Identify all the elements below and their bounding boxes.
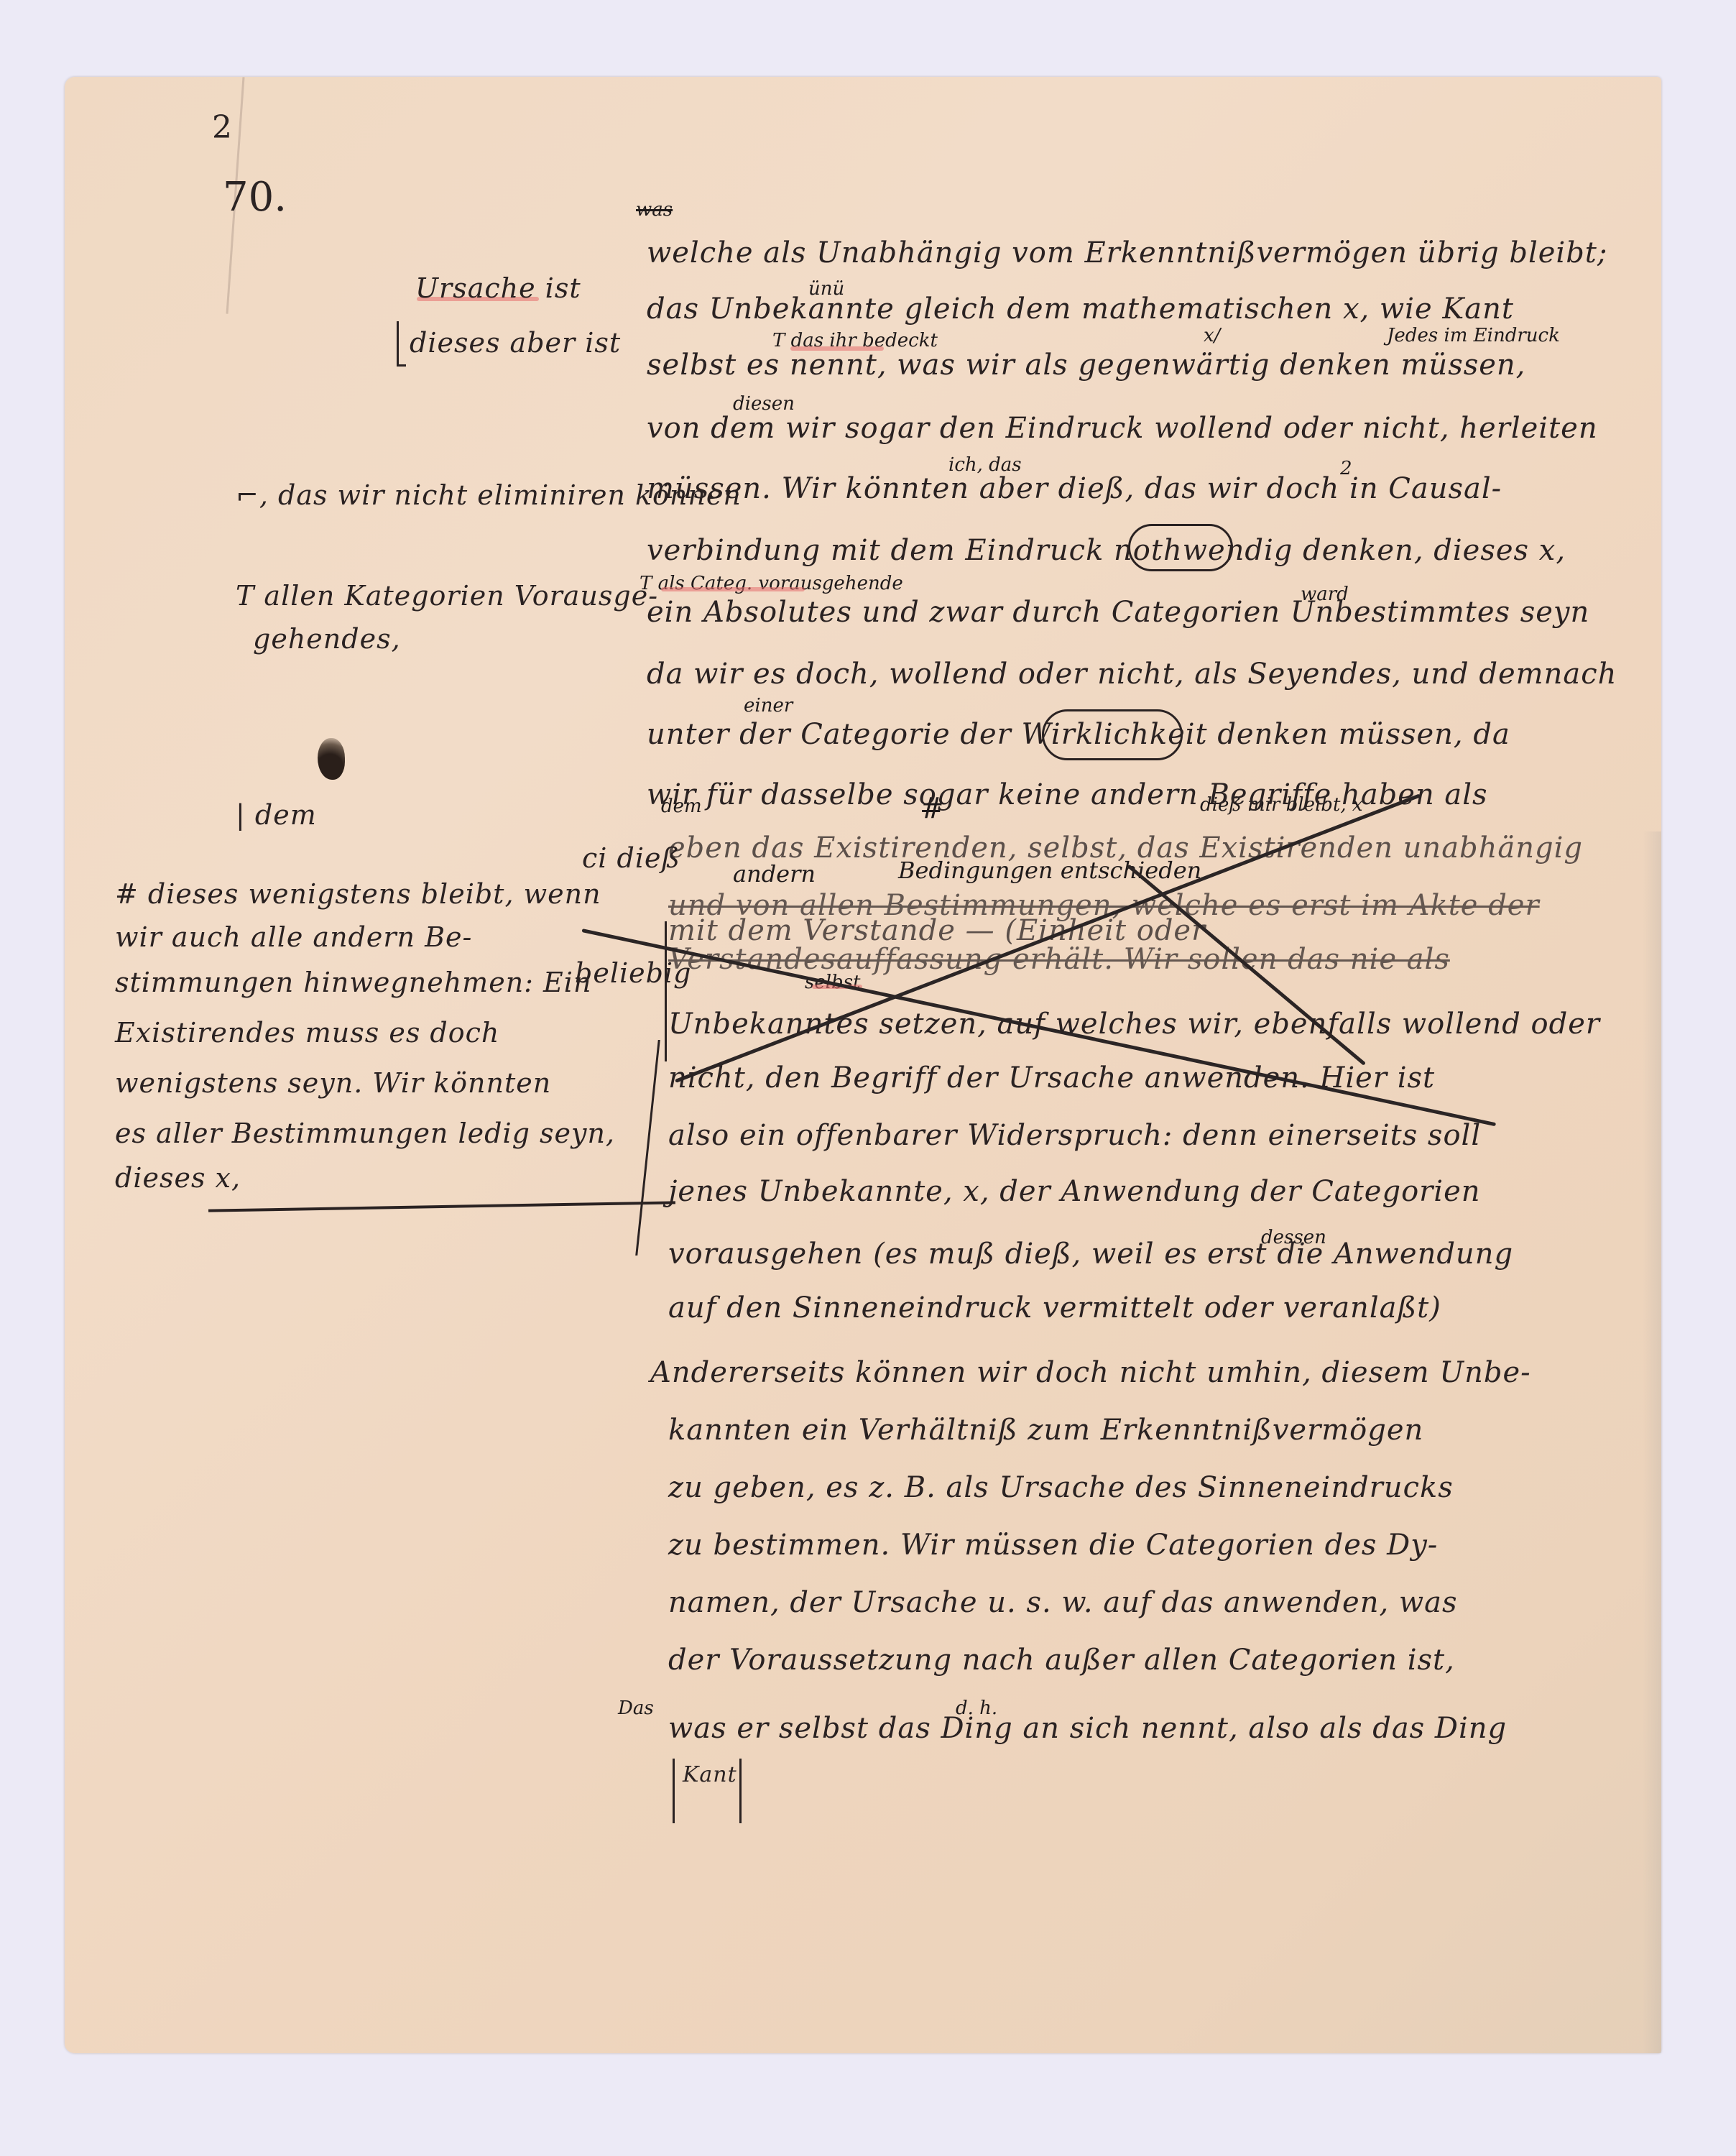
text-line: da wir es doch, wollend oder nicht, als … [647, 658, 1617, 691]
margin-note: Ursache ist [415, 272, 581, 304]
margin-note: wir auch alle andern Be- [115, 921, 472, 953]
margin-note: | dem [236, 799, 317, 831]
text-line: ein Absolutes und zwar durch Categorien … [647, 596, 1589, 629]
text-line: namen, der Ursache u. s. w. auf das anwe… [668, 1586, 1458, 1619]
text-line: zu geben, es z. B. als Ursache des Sinne… [668, 1471, 1454, 1504]
margin-note: # dieses wenigstens bleibt, wenn [115, 878, 601, 910]
text-line: eben das Existirenden, selbst, das Exist… [668, 831, 1583, 865]
interlinear-insertion: x/ [1204, 325, 1220, 346]
interlinear-insertion: Das [618, 1697, 654, 1719]
margin-note: stimmungen hinwegnehmen: Ein [115, 967, 591, 998]
margin-bracket [665, 921, 667, 1061]
margin-note: gehendes, [253, 623, 401, 655]
margin-note: T allen Kategorien Vorausge- [236, 580, 658, 612]
red-pencil-mark [661, 587, 805, 591]
footnote-bracket [673, 1759, 742, 1823]
text-line: was er selbst das Ding an sich nennt, al… [668, 1712, 1507, 1745]
text-line: Unbekanntes setzen, auf welches wir, ebe… [668, 1008, 1600, 1041]
margin-note: wenigstens seyn. Wir könnten [115, 1067, 551, 1099]
margin-bracket [397, 321, 406, 367]
text-line: verbindung mit dem Eindruck nothwendig d… [647, 534, 1566, 567]
margin-rule [208, 1201, 675, 1212]
text-line: vorausgehen (es muß dieß, weil es erst d… [668, 1238, 1513, 1271]
interlinear-insertion: was [636, 199, 673, 221]
text-line: also ein offenbarer Widerspruch: denn ei… [668, 1119, 1481, 1152]
text-line: selbst es nennt, was wir als gegenwärtig… [647, 349, 1525, 382]
interlinear-insertion: einer [744, 695, 793, 717]
margin-note: Existirendes muss es doch [115, 1017, 499, 1049]
ink-blot [318, 738, 345, 780]
interlinear-insertion: Jedes im Eindruck [1387, 325, 1560, 346]
margin-note: es aller Bestimmungen ledig seyn, [115, 1118, 615, 1149]
text-line: nicht, den Begriff der Ursache anwenden.… [668, 1061, 1435, 1095]
text-line: jenes Unbekannte, x, der Anwendung der C… [668, 1175, 1481, 1208]
text-line: das Unbekannte gleich dem mathematischen… [647, 292, 1514, 326]
manuscript-page: 2 70. Ursache ist dieses aber ist ⌐, das… [65, 77, 1661, 2053]
circled-word [1128, 524, 1233, 571]
margin-note: dieses x, [115, 1162, 241, 1194]
margin-note: ci dieß [582, 842, 680, 874]
text-line: auf den Sinneneindruck vermittelt oder v… [668, 1291, 1441, 1325]
text-line: kannten ein Verhältniß zum Erkenntnißver… [668, 1414, 1423, 1447]
text-line: Andererseits können wir doch nicht umhin… [650, 1356, 1531, 1389]
text-line: welche als Unabhängig vom Erkenntnißverm… [647, 236, 1607, 269]
text-line: von dem wir sogar den Eindruck wollend o… [647, 412, 1598, 445]
margin-bracket [635, 1040, 660, 1256]
text-line: der Voraussetzung nach außer allen Categ… [668, 1644, 1455, 1677]
margin-note: dieses aber ist [410, 327, 621, 359]
page-number: 70. [223, 174, 287, 221]
text-line: Verstandesauffassung erhält. Wir sollen … [668, 943, 1450, 976]
folio-mark: 2 [212, 109, 232, 146]
text-line: müssen. Wir könnten aber dieß, das wir d… [647, 472, 1502, 505]
circled-word [1042, 709, 1183, 760]
text-line: wir für dasselbe sogar keine andern Begr… [647, 778, 1488, 811]
text-line: zu bestimmen. Wir müssen die Categorien … [668, 1529, 1438, 1562]
